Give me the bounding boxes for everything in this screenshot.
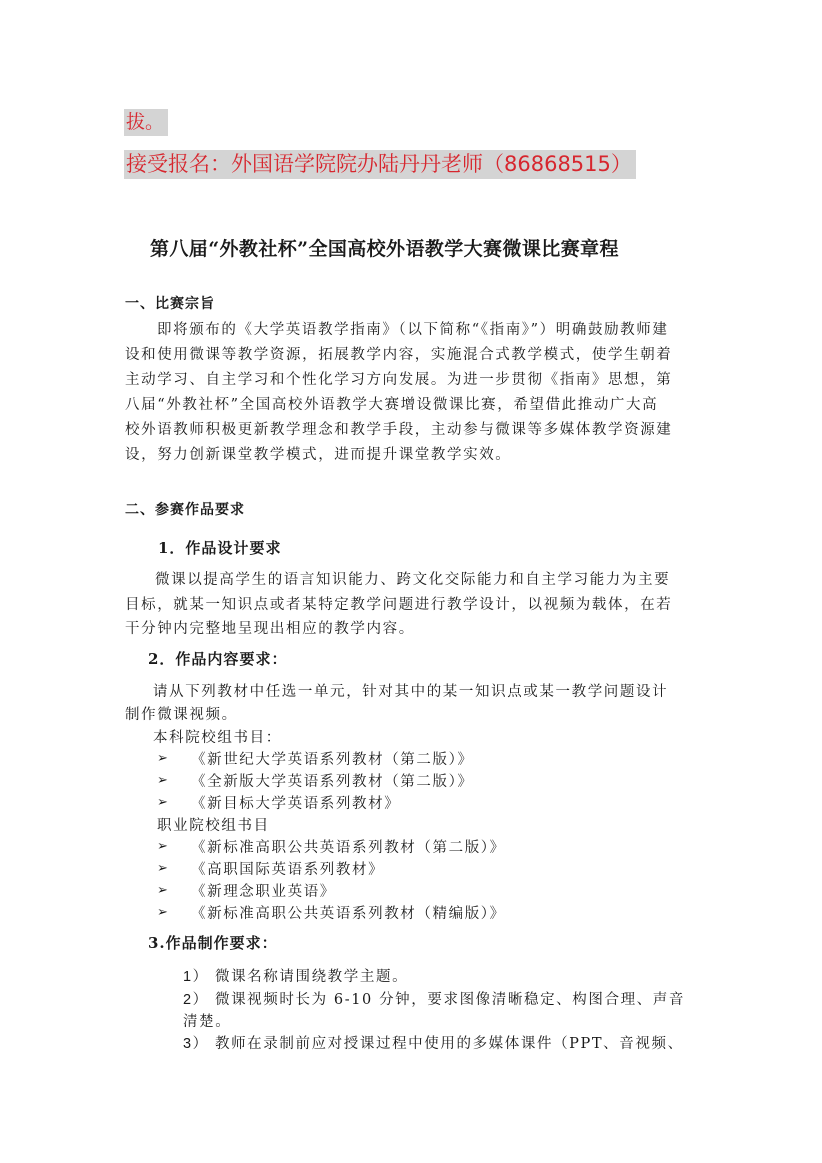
book-list-item: ➢ 《新目标大学英语系列教材》 [157, 792, 400, 813]
requirement-text: 教师在录制前应对授课过程中使用的多媒体课件（PPT、音视频、 [215, 1036, 684, 1052]
book-title: 《全新版大学英语系列教材（第二版）》 [191, 770, 474, 791]
paragraph-line: 目标，就某一知识点或者某特定教学问题进行教学设计，以视频为载体，在若 [125, 593, 672, 614]
document-title: 第八届“外教社杯”全国高校外语教学大赛微课比赛章程 [150, 234, 619, 261]
book-list-item: ➢ 《新标准高职公共英语系列教材（第二版）》 [157, 836, 506, 857]
book-title: 《新世纪大学英语系列教材（第二版）》 [191, 748, 474, 769]
paragraph-line: 即将颁布的《大学英语教学指南》（以下简称“《指南》”）明确鼓励教师建 [157, 318, 668, 339]
book-list-item: ➢ 《高职国际英语系列教材》 [157, 858, 384, 879]
book-title: 《新理念职业英语》 [191, 880, 336, 901]
book-list-item: ➢ 《新世纪大学英语系列教材（第二版）》 [157, 748, 474, 769]
paragraph-line: 微课以提高学生的语言知识能力、跨文化交际能力和自主学习能力为主要 [155, 568, 670, 589]
paragraph-line: 校外语教师积极更新教学理念和教学手段，主动参与微课等多媒体教学资源建 [125, 418, 672, 439]
requirement-item: 1） 微课名称请围绕教学主题。 [183, 965, 408, 986]
subsection-heading-design: 1．作品设计要求 [158, 537, 281, 558]
section-heading-requirements: 二、参赛作品要求 [125, 499, 245, 519]
requirement-number: 3） [183, 1036, 209, 1052]
requirement-text: 微课名称请围绕教学主题。 [215, 969, 408, 985]
requirement-item: 2） 微课视频时长为 6-10 分钟，要求图像清晰稳定、构图合理、声音 [183, 988, 685, 1009]
requirement-text: 微课视频时长为 6-10 分钟，要求图像清晰稳定、构图合理、声音 [215, 992, 685, 1008]
registration-contact-note: 接受报名：外国语学院院办陆丹丹老师（86868515） [124, 150, 636, 179]
book-title: 《新目标大学英语系列教材》 [191, 792, 400, 813]
book-list-item: ➢ 《新理念职业英语》 [157, 880, 336, 901]
requirement-item: 3） 教师在录制前应对授课过程中使用的多媒体课件（PPT、音视频、 [183, 1032, 684, 1053]
section-heading-purpose: 一、比赛宗旨 [125, 293, 215, 313]
requirement-number: 2） [183, 992, 209, 1008]
arrow-bullet-icon: ➢ [157, 795, 191, 810]
subsection-heading-content: 2．作品内容要求： [148, 648, 287, 669]
book-group-label-vocational: 职业院校组书目 [157, 814, 270, 835]
book-title: 《高职国际英语系列教材》 [191, 858, 384, 879]
paragraph-line: 制作微课视频。 [125, 703, 238, 724]
arrow-bullet-icon: ➢ [157, 773, 191, 788]
arrow-bullet-icon: ➢ [157, 905, 191, 920]
arrow-bullet-icon: ➢ [157, 839, 191, 854]
subsection-heading-production: 3.作品制作要求： [148, 932, 278, 953]
arrow-bullet-icon: ➢ [157, 861, 191, 876]
paragraph-line: 干分钟内完整地呈现出相应的教学内容。 [125, 617, 415, 638]
requirement-number: 1） [183, 969, 209, 985]
book-group-label-undergraduate: 本科院校组书目： [153, 726, 282, 747]
highlighted-fragment: 拔。 [124, 109, 168, 136]
arrow-bullet-icon: ➢ [157, 751, 191, 766]
book-list-item: ➢ 《新标准高职公共英语系列教材（精编版）》 [157, 902, 506, 923]
paragraph-line: 八届“外教社杯”全国高校外语教学大赛增设微课比赛，希望借此推动广大高 [125, 393, 658, 414]
arrow-bullet-icon: ➢ [157, 883, 191, 898]
paragraph-line: 请从下列教材中任选一单元，针对其中的某一知识点或某一教学问题设计 [153, 680, 668, 701]
paragraph-line: 设和使用微课等教学资源，拓展教学内容，实施混合式教学模式，使学生朝着 [125, 343, 672, 364]
paragraph-line: 主动学习、自主学习和个性化学习方向发展。为进一步贯彻《指南》思想，第 [125, 368, 672, 389]
requirement-continuation: 清楚。 [183, 1010, 231, 1031]
book-title: 《新标准高职公共英语系列教材（第二版）》 [191, 836, 506, 857]
requirement-text: 清楚。 [183, 1014, 231, 1030]
book-title: 《新标准高职公共英语系列教材（精编版）》 [191, 902, 506, 923]
book-list-item: ➢ 《全新版大学英语系列教材（第二版）》 [157, 770, 474, 791]
paragraph-line: 设，努力创新课堂教学模式，进而提升课堂教学实效。 [125, 443, 511, 464]
